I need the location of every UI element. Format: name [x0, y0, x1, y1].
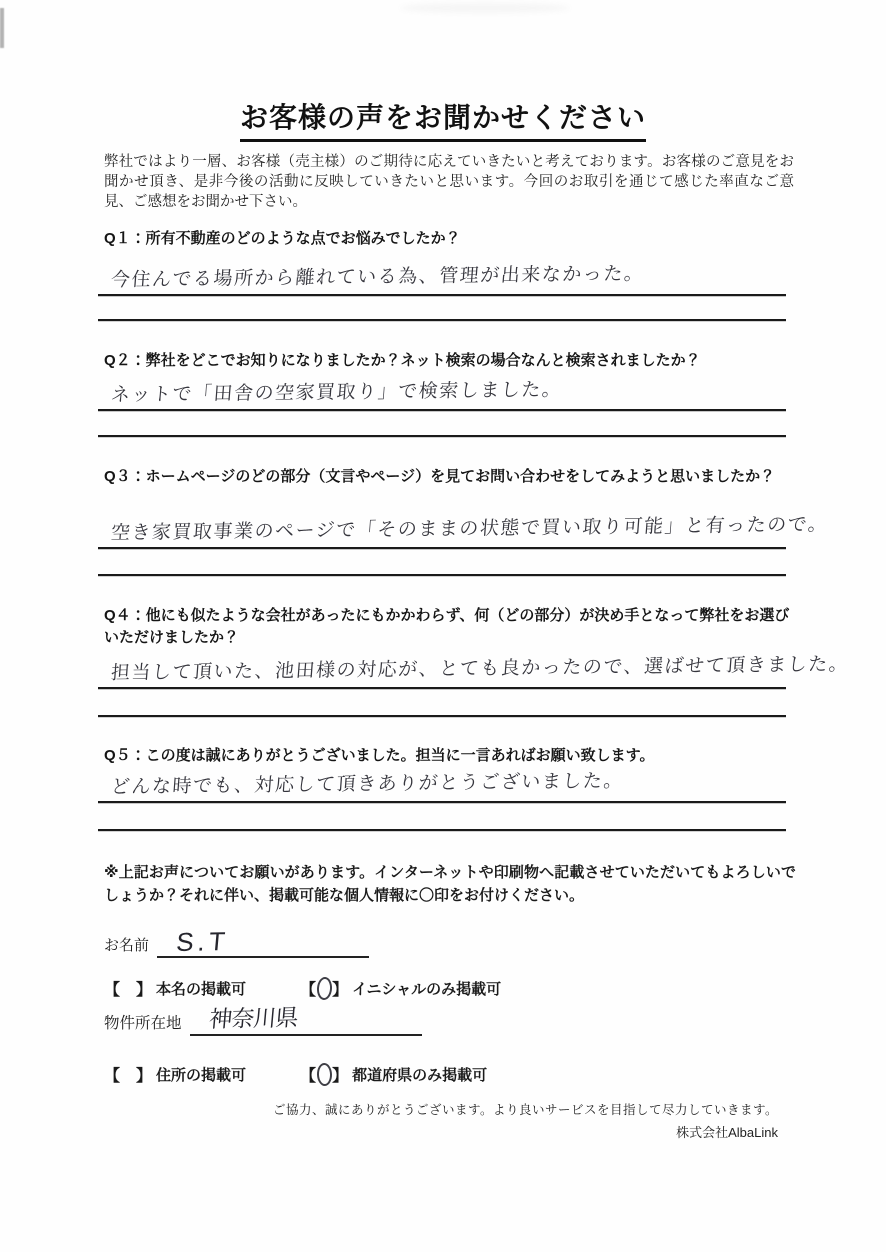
- footer-thanks-text: ご協力、誠にありがとうございます。より良いサービスを目指して尽力していきます。: [104, 1100, 778, 1118]
- question-2-answer-line: ネットで「田舎の空家買取り」で検索しました。: [98, 372, 786, 411]
- bracket-close: 】: [136, 977, 152, 1000]
- address-consent-row: 【 】 住所の掲載可 【 】 都道府県のみ掲載可: [104, 1062, 487, 1086]
- question-4-label: Q４：他にも似たような会社があったにもかかわらず、何（どの部分）が決め手となって…: [104, 605, 796, 649]
- question-3-blank-line: [98, 547, 786, 576]
- location-field-line: 神奈川県: [190, 1008, 422, 1036]
- initials-option-label: イニシャルのみ掲載可: [352, 978, 501, 999]
- question-2-label: Q２：弊社をどこでお知りになりましたか？ネット検索の場合なんと検索されましたか？: [104, 350, 796, 372]
- bracket-close: 】: [332, 1063, 348, 1086]
- question-4-blank-line: [98, 687, 786, 717]
- name-consent-row: 【 】 本名の掲載可 【 】 イニシャルのみ掲載可: [104, 976, 501, 1000]
- question-1-handwritten-answer: 今住んでる場所から離れている為、管理が出来なかった。: [110, 258, 646, 292]
- bracket-open: 【: [300, 977, 316, 1000]
- name-field-label: お名前: [104, 934, 149, 958]
- question-3-answer-line: 空き家買取事業のページで「そのままの状態で買い取り可能」と有ったので。: [98, 510, 786, 549]
- question-5-handwritten-answer: どんな時でも、対応して頂きありがとうございました。: [110, 766, 625, 799]
- bracket-close: 】: [136, 1063, 152, 1086]
- prefecture-option-label: 都道府県のみ掲載可: [352, 1064, 487, 1085]
- bracket-open: 【: [104, 977, 120, 1000]
- location-field-row: 物件所在地 神奈川県: [104, 1006, 422, 1036]
- real-name-checkbox-empty: [120, 977, 136, 999]
- question-3-label: Q３：ホームページのどの部分（文言やページ）を見てお問い合わせをしてみようと思い…: [104, 466, 796, 488]
- real-name-option-label: 本名の掲載可: [156, 978, 246, 999]
- address-checkbox-empty: [120, 1063, 136, 1085]
- question-2-blank-line: [98, 409, 786, 437]
- bracket-close: 】: [332, 977, 348, 1000]
- intro-paragraph: 弊社ではより一層、お客様（売主様）のご期待に応えていきたいと考えております。お客…: [104, 152, 794, 212]
- name-field-line: S.T: [157, 930, 369, 958]
- question-5-answer-line: どんな時でも、対応して頂きありがとうございました。: [98, 764, 786, 803]
- question-3-handwritten-answer: 空き家買取事業のページで「そのままの状態で買い取り可能」と有ったので。: [110, 509, 829, 545]
- question-4-answer-line: 担当して頂いた、池田様の対応が、とても良かったので、選ばせて頂きました。: [98, 650, 786, 689]
- initials-checkbox-circled: [316, 977, 332, 999]
- handwritten-circle-mark-initials: [316, 976, 333, 1000]
- question-1-answer-line: 今住んでる場所から離れている為、管理が出来なかった。: [98, 256, 786, 296]
- bracket-open: 【: [300, 1063, 316, 1086]
- scanned-feedback-form: お客様の声をお聞かせください 弊社ではより一層、お客様（売主様）のご期待に応えて…: [0, 0, 886, 1252]
- page-title: お客様の声をお聞かせください: [240, 96, 646, 142]
- question-1-label: Q１：所有不動産のどのような点でお悩みでしたか？: [104, 228, 796, 250]
- scan-artifact-left-edge: [0, 8, 4, 48]
- location-handwritten-value: 神奈川県: [208, 999, 299, 1034]
- handwritten-circle-mark-prefecture: [316, 1062, 332, 1086]
- location-field-label: 物件所在地: [104, 1011, 182, 1036]
- question-5-blank-line: [98, 801, 786, 831]
- bracket-open: 【: [104, 1063, 120, 1086]
- address-option-label: 住所の掲載可: [156, 1064, 246, 1085]
- question-1-blank-line: [98, 294, 786, 321]
- prefecture-checkbox-circled: [316, 1063, 332, 1085]
- scan-artifact-top-smudge: [400, 3, 570, 13]
- title-row: お客様の声をお聞かせください: [0, 96, 886, 142]
- name-handwritten-value: S.T: [175, 926, 230, 958]
- publication-permission-note: ※上記お声についてお願いがあります。インターネットや印刷物へ記載させていただいて…: [104, 862, 796, 907]
- name-field-row: お名前 S.T: [104, 928, 369, 958]
- footer-company-name: 株式会社AlbaLink: [104, 1122, 778, 1141]
- question-2-handwritten-answer: ネットで「田舎の空家買取り」で検索しました。: [110, 374, 563, 407]
- question-4-handwritten-answer: 担当して頂いた、池田様の対応が、とても良かったので、選ばせて頂きました。: [110, 649, 850, 685]
